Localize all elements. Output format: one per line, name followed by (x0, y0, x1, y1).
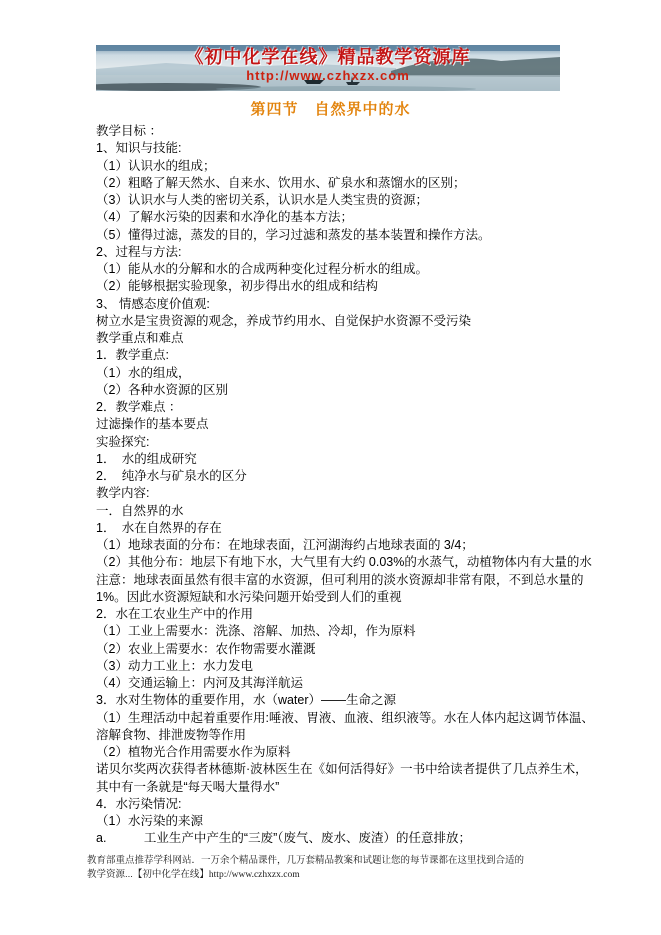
body-line: （3）认识水与人类的密切关系，认识水是人类宝贵的资源； (96, 192, 570, 209)
body-line: （1）工业上需要水：洗涤、溶解、加热、冷却，作为原料 (96, 623, 570, 640)
body-line: （5）懂得过滤，蒸发的目的，学习过滤和蒸发的基本装置和操作方法。 (96, 227, 570, 244)
body-line: （2）其他分布：地层下有地下水，大气里有大约 0.03%的水蒸气，动植物体内有大… (96, 554, 570, 571)
body-line: 溶解食物、排泄废物等作用 (96, 727, 570, 744)
body-line: （1）地球表面的分布：在地球表面，江河湖海约占地球表面的 3/4； (96, 537, 570, 554)
body-line: （2）农业上需要水：农作物需要水灌溉 (96, 641, 570, 658)
body-line: 2．水在工农业生产中的作用 (96, 606, 570, 623)
body-line: （4）交通运输上：内河及其海洋航运 (96, 675, 570, 692)
document-body: 教学目标 ： 1、知识与技能: （1）认识水的组成； （2）粗略了解天然水、自来… (96, 123, 570, 848)
page-title: 第四节 自然界中的水 (0, 98, 661, 119)
body-line: 2． 纯净水与矿泉水的区分 (96, 468, 570, 485)
body-line: （1）水污染的来源 (96, 813, 570, 830)
body-line: 树立水是宝贵资源的观念，养成节约用水、自觉保护水资源不受污染 (96, 313, 570, 330)
body-line: （1）水的组成， (96, 365, 570, 382)
banner-caption: 《初中化学在线》精品教学资源库 http://www.czhxzx.com (96, 45, 560, 91)
body-line: 其中有一条就是“每天喝大量得水” (96, 779, 570, 796)
body-line: 1、知识与技能: (96, 140, 570, 157)
body-line: a. 工业生产中产生的“三废”（废气、废水、废渣）的任意排放； (96, 830, 570, 847)
footer-line-2: 教学资源...【初中化学在线】http://www.czhxzx.com (87, 868, 579, 883)
body-line: （1）能从水的分解和水的合成两种变化过程分析水的组成。 (96, 261, 570, 278)
body-line: （1）生理活动中起着重要作用:唾液、胃液、血液、组织液等。水在人体内起这调节体温… (96, 710, 570, 727)
body-line: （3）动力工业上：水力发电 (96, 658, 570, 675)
body-line: （2）植物光合作用需要水作为原料 (96, 744, 570, 761)
body-line: 实验探究: (96, 434, 570, 451)
body-line: 1．教学重点: (96, 347, 570, 364)
body-line: 1%。因此水资源短缺和水污染问题开始受到人们的重视 (96, 589, 570, 606)
body-line: 2、过程与方法: (96, 244, 570, 261)
body-line: 教学目标 ： (96, 123, 570, 140)
body-line: 1． 水在自然界的存在 (96, 520, 570, 537)
footer-line-2-text: 教学资源...【初中化学在线】 (87, 869, 209, 880)
body-line: 3．水对生物体的重要作用，水（water）——生命之源 (96, 692, 570, 709)
document-page: 《初中化学在线》精品教学资源库 http://www.czhxzx.com 第四… (0, 0, 661, 935)
footer-line-1: 教育部重点推荐学科网站．一万余个精品课件，几万套精品教案和试题让您的每节课都在这… (87, 854, 579, 868)
body-line: 过滤操作的基本要点 (96, 416, 570, 433)
body-line: （2）能够根据实验现象，初步得出水的组成和结构 (96, 278, 570, 295)
body-line: 诺贝尔奖两次获得者林德斯·波林医生在《如何活得好》一书中给读者提供了几点养生术， (96, 761, 570, 778)
body-line: （2）粗略了解天然水、自来水、饮用水、矿泉水和蒸馏水的区别； (96, 175, 570, 192)
body-line: 3、 情感态度价值观: (96, 296, 570, 313)
header-banner: 《初中化学在线》精品教学资源库 http://www.czhxzx.com (96, 45, 560, 91)
body-line: 4．水污染情况: (96, 796, 570, 813)
body-line: （4）了解水污染的因素和水净化的基本方法； (96, 209, 570, 226)
body-line: （1）认识水的组成； (96, 158, 570, 175)
footer-site-url: http://www.czhxzx.com (209, 870, 300, 880)
body-line: 教学内容: (96, 485, 570, 502)
document-footer: 教育部重点推荐学科网站．一万余个精品课件，几万套精品教案和试题让您的每节课都在这… (87, 854, 579, 882)
body-line: 一．自然界的水 (96, 503, 570, 520)
body-line: 1． 水的组成研究 (96, 451, 570, 468)
banner-site-title: 《初中化学在线》精品教学资源库 (96, 48, 560, 68)
body-line: 教学重点和难点 (96, 330, 570, 347)
body-line: （2）各种水资源的区别 (96, 382, 570, 399)
body-line: 注意：地球表面虽然有很丰富的水资源，但可利用的淡水资源却非常有限，不到总水量的 (96, 572, 570, 589)
body-line: 2．教学难点 ： (96, 399, 570, 416)
banner-site-url: http://www.czhxzx.com (96, 69, 560, 83)
